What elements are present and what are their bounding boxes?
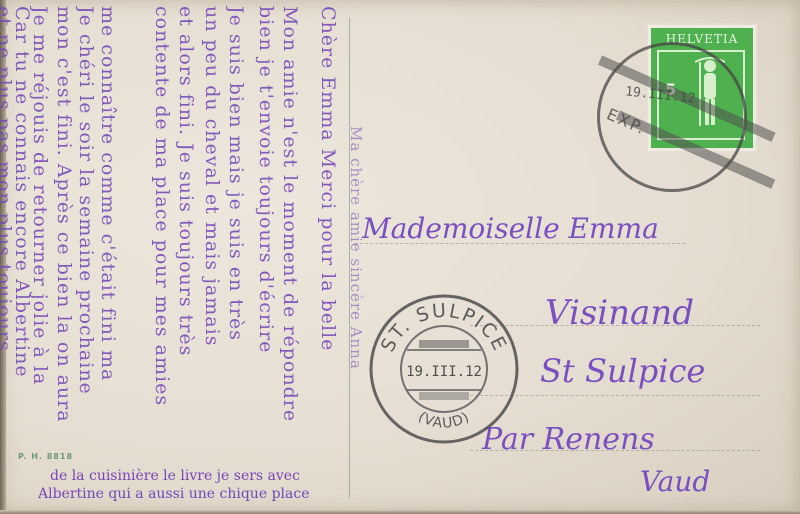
- message-line: et ne plus pas mon plus toujours: [0, 6, 24, 476]
- handwritten-message: Chère Emma Merci pour la belle Mon amie …: [8, 6, 348, 476]
- address-line-canton: Vaud: [640, 465, 710, 498]
- address-line-name: Mademoiselle Emma: [362, 212, 659, 245]
- postmark-date: 19.III.12: [406, 364, 482, 380]
- address-line-town: St Sulpice: [540, 352, 705, 390]
- message-line: contente de ma place pour mes amies: [142, 6, 182, 476]
- st-sulpice-postmark: ST. SULPICE 19.III.12 (VAUD): [367, 292, 521, 446]
- message-footer-line: Albertine qui a aussi une chique place: [38, 486, 358, 502]
- postcard-back: Chère Emma Merci pour la belle Mon amie …: [0, 0, 800, 514]
- publisher-mark: P. H. 8818: [18, 452, 73, 461]
- address-line-surname: Visinand: [545, 293, 694, 333]
- card-edge-bottom: [0, 510, 800, 514]
- message-footer-line: de la cuisinière le livre je sers avec: [50, 468, 370, 484]
